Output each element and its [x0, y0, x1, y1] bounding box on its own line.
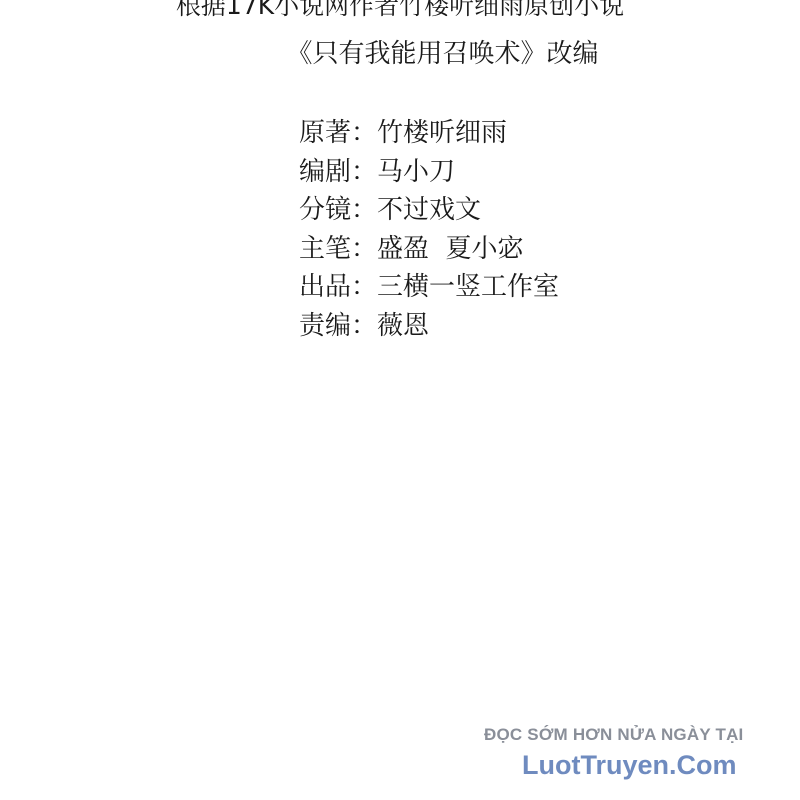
credit-name: 三横一竖工作室 — [377, 272, 559, 302]
credit-role: 责编： — [299, 311, 377, 341]
credit-name: 竹楼听细雨 — [377, 118, 507, 148]
credit-role: 原著： — [299, 118, 377, 148]
credit-name: 马小刀 — [377, 157, 455, 187]
adaptation-title: 《只有我能用召唤术》改编 — [0, 33, 800, 70]
credit-row-storyboard: 分镜：不过戏文 — [299, 191, 559, 230]
watermark-site: LuotTruyen.Com — [522, 750, 737, 781]
credits-list: 原著：竹楼听细雨 编剧：马小刀 分镜：不过戏文 主笔：盛盈 夏小宓 出品：三横一… — [299, 114, 559, 345]
credit-role: 编剧： — [299, 157, 377, 187]
credit-row-producer: 出品：三横一竖工作室 — [299, 268, 559, 307]
credit-row-original: 原著：竹楼听细雨 — [299, 114, 559, 153]
credit-role: 分镜： — [299, 195, 377, 225]
credit-row-lead-artist: 主笔：盛盈 夏小宓 — [299, 230, 559, 269]
watermark-tagline: ĐỌC SỚM HƠN NỬA NGÀY TẠI — [484, 725, 743, 745]
credit-role: 出品： — [299, 272, 377, 302]
credit-name: 薇恩 — [377, 311, 429, 341]
credit-row-script: 编剧：马小刀 — [299, 153, 559, 192]
source-line: 根据17K小说网作者竹楼听细雨原创小说 — [0, 0, 800, 22]
credit-name: 不过戏文 — [377, 195, 481, 225]
credit-name: 盛盈 夏小宓 — [377, 234, 524, 264]
credit-row-editor: 责编：薇恩 — [299, 307, 559, 346]
credit-role: 主笔： — [299, 234, 377, 264]
